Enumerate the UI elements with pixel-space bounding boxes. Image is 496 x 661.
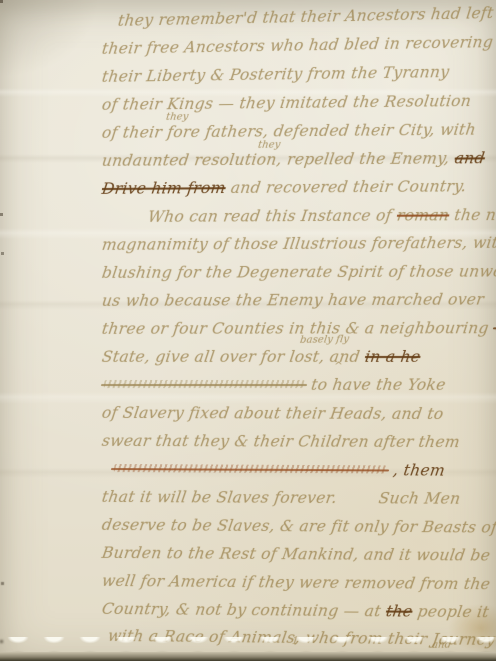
manuscript-line: swear that they & their Children after t… [101, 432, 462, 451]
manuscript-line: well for America if they were removed fr… [101, 572, 492, 593]
manuscript-line: to have the Yoke [101, 376, 447, 394]
manuscript-text-segment: roman [396, 206, 451, 224]
manuscript-line: their free Ancestors who had bled in rec… [101, 33, 496, 58]
manuscript-line: that it will be Slaves forever. Such Men [101, 488, 462, 508]
manuscript-text-segment: Drive him from [101, 179, 227, 198]
manuscript-text-segment: State, give all over for lost, and [101, 348, 367, 366]
manuscript-line: Country, & not by continuing — at the pe… [101, 600, 491, 621]
manuscript-line: undaunted resolution, repelled the Enemy… [101, 149, 486, 170]
paper-edge-specks [0, 0, 3, 3]
manuscript-text-segment: the [385, 602, 414, 620]
manuscript-text-segment: of their Kings — they imitated the Resol… [101, 92, 473, 114]
manuscript-line: State, give all over for lost, and in a … [101, 348, 422, 366]
manuscript-text-segment: deserve to be Slaves, & are fit only for… [101, 516, 496, 537]
manuscript-line: three or four Counties in this & a neigh… [101, 319, 496, 338]
manuscript-text-segment: undaunted resolution, repelled the Enemy… [101, 150, 456, 170]
manuscript-text-segment: their free Ancestors who had bled in rec… [101, 33, 496, 58]
manuscript-line: Who can read this Instance of roman the … [147, 206, 496, 226]
interlined-insertion: they [165, 112, 189, 123]
manuscript-text-segment: blushing for the Degenerate Spirit of th… [101, 262, 496, 282]
manuscript-text-segment: they remember'd that their Ancestors had… [117, 4, 495, 30]
manuscript-text-segment: and recovered their Country. [224, 177, 467, 197]
manuscript-text-segment: the noble [448, 206, 496, 224]
manuscript-text-segment: of their fore fathers, defended their Ci… [101, 121, 477, 142]
manuscript-text-segment: magnanimity of those Illustrious forefat… [101, 234, 496, 254]
interlined-insertion: 1 [291, 636, 299, 647]
manuscript-text-segment: their Liberty & Posterity from the Tyran… [101, 63, 451, 86]
manuscript-line: of Slavery fixed about their Heads, and … [101, 404, 445, 423]
interlined-insertion: ^ [333, 361, 343, 372]
manuscript-line: deserve to be Slaves, & are fit only for… [101, 516, 496, 537]
manuscript-text-segment: three or four Counties in this & a neigh… [101, 319, 496, 338]
manuscript-line: blushing for the Degenerate Spirit of th… [101, 262, 496, 282]
manuscript-text-segment: of Slavery fixed about their Heads, and … [101, 404, 445, 423]
manuscript-line: of their fore fathers, defended their Ci… [101, 121, 477, 142]
manuscript-text-segment: Who can read this Instance of [147, 207, 398, 226]
struck-illegible-scribble [103, 379, 305, 390]
manuscript-text-segment: well for America if they were removed fr… [101, 572, 492, 593]
interlined-insertion: and [431, 640, 451, 651]
interlined-insertion: basely fly [299, 334, 349, 346]
struck-illegible-scribble [113, 463, 387, 475]
manuscript-line: their Liberty & Posterity from the Tyran… [101, 63, 451, 86]
manuscript-text-segment: that it will be Slaves forever. Such Men [101, 488, 462, 508]
manuscript-line: Drive him from and recovered their Count… [101, 177, 468, 198]
manuscript-line: Burden to the Rest of Mankind, and it wo… [101, 544, 492, 565]
manuscript-text-segment: in a he [364, 348, 422, 366]
manuscript-line: they remember'd that their Ancestors had… [117, 4, 495, 30]
manuscript-text-segment: us who because the Enemy have marched ov… [101, 291, 485, 310]
manuscript-line: of their Kings — they imitated the Resol… [101, 92, 473, 114]
manuscript-page: they remember'd that their Ancestors had… [0, 0, 496, 661]
interlined-insertion: they [257, 140, 281, 151]
manuscript-text-segment: , them [387, 461, 447, 479]
manuscript-text-segment: Burden to the Rest of Mankind, and it wo… [101, 544, 492, 565]
manuscript-text-segment: Country, & not by continuing — at [101, 600, 388, 620]
manuscript-text-segment: people it [411, 603, 490, 622]
manuscript-line: magnanimity of those Illustrious forefat… [101, 234, 496, 254]
manuscript-line: us who because the Enemy have marched ov… [101, 291, 485, 310]
manuscript-text-segment: to have the Yoke [305, 376, 447, 394]
manuscript-text-segment: swear that they & their Children after t… [101, 432, 462, 451]
manuscript-text-segment: and [454, 149, 486, 167]
manuscript-line: , them [111, 460, 447, 480]
scan-background-strip [0, 652, 496, 661]
